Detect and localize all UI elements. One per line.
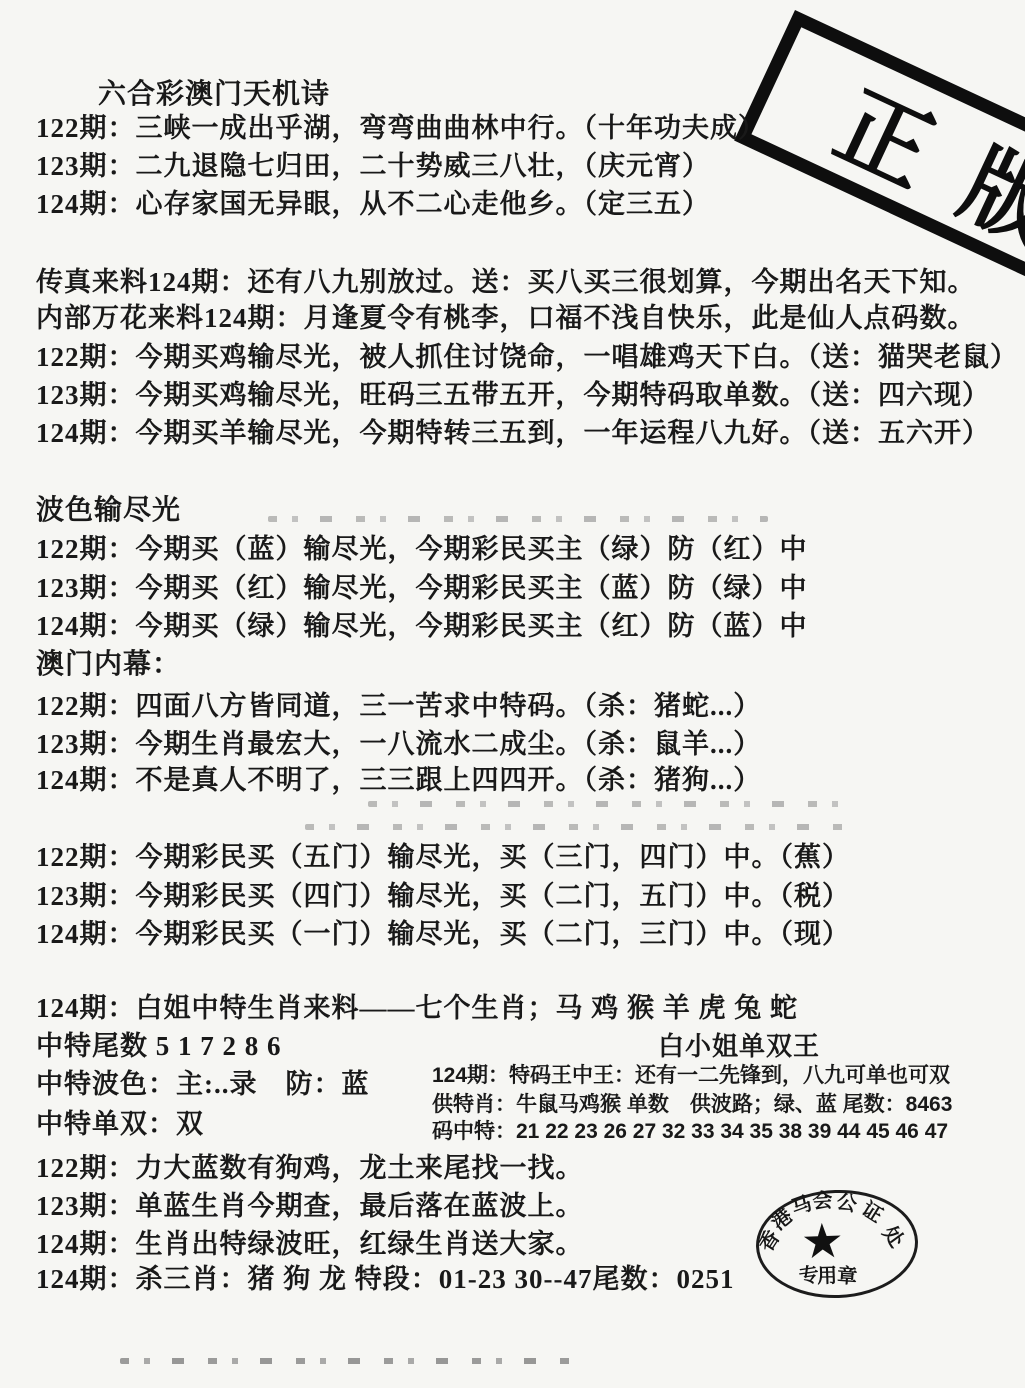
neimu-line-122: 122期：四面八方皆同道，三一苦求中特码。（杀：猪蛇...）: [36, 690, 761, 722]
seal-arc-char: 处: [879, 1223, 907, 1251]
lailiao-line-122: 122期：今期买鸡输尽光，被人抓住讨饶命，一唱雄鸡天下白。（送：猫哭老鼠）: [36, 341, 1018, 373]
tianji-line-123: 123期：二九退隐七归田，二十势威三八壮，（庆元宵）: [36, 150, 710, 182]
seal-arc-char: 公: [835, 1192, 859, 1216]
tianji-heading: 六合彩澳门天机诗: [98, 78, 330, 112]
tianji-line-124: 124期：心存家国无异眼，从不二心走他乡。（定三五）: [36, 188, 710, 220]
seal-arc-char: 会: [812, 1191, 833, 1212]
erased-text-smudge: [268, 516, 768, 522]
lailiao-line-chuanzhen: 传真来料124期：还有八九别放过。送：买八买三很划算，今期出名天下知。: [36, 266, 976, 298]
seal-bottom-char: 章: [836, 1266, 857, 1287]
notary-seal: ★ 香 港 马 会 公 证 处 专 用 章: [754, 1187, 920, 1301]
zhongte-weishu: 中特尾数 5 1 7 2 8 6: [36, 1030, 282, 1062]
lailiao-line-124: 124期：今期买羊输尽光，今期特转三五到，一年运程八九好。（送：五六开）: [36, 417, 990, 449]
baixiaojie-title: 白小姐单双王: [658, 1031, 820, 1062]
seal-star-icon: ★: [800, 1217, 845, 1266]
tema-wang-line: 124期：特码王中王：还有一二先锋到，八九可单也可双: [432, 1063, 950, 1088]
zhongte-bose: 中特波色：主:..录 防：蓝: [36, 1068, 370, 1100]
bose-line-123: 123期：今期买（红）输尽光，今期彩民买主（蓝）防（绿）中: [36, 572, 808, 604]
mazhongte-line: 码中特：21 22 23 26 27 32 33 34 35 38 39 44 …: [432, 1119, 948, 1144]
lailiao-line-123: 123期：今期买鸡输尽光，旺码三五带五开，今期特码取单数。（送：四六现）: [36, 379, 990, 411]
genuine-stamp-text: 正版: [791, 41, 1025, 290]
bose-line-122: 122期：今期买（蓝）输尽光，今期彩民买主（绿）防（红）中: [36, 533, 808, 565]
neimu-line-123: 123期：今期生肖最宏大，一八流水二成尘。（杀：鼠羊...）: [36, 728, 761, 760]
seal-arc-char: 证: [858, 1199, 886, 1227]
fax-sheet-page: 正版 六合彩澳门天机诗 122期：三峡一成出乎湖，弯弯曲曲林中行。（十年功夫成）…: [0, 0, 1025, 1388]
zhongte-danshuang: 中特单双：双: [36, 1108, 204, 1140]
gongtexiao-line: 供特肖：牛鼠马鸡猴 单数 供波路；绿、蓝 尾数：8463: [432, 1092, 952, 1117]
bose-heading: 波色输尽光: [36, 494, 181, 528]
tianji-line-122: 122期：三峡一成出乎湖，弯弯曲曲林中行。（十年功夫成）: [36, 112, 766, 144]
men-line-124: 124期：今期彩民买（一门）输尽光，买（二门，三门）中。（现）: [36, 918, 850, 950]
tail-line-123: 123期：单蓝生肖今期查，最后落在蓝波上。: [36, 1190, 584, 1222]
seal-bottom-char: 用: [817, 1266, 838, 1287]
tail-line-122: 122期：力大蓝数有狗鸡，龙土来尾找一找。: [36, 1152, 584, 1184]
bose-line-124: 124期：今期买（绿）输尽光，今期彩民买主（红）防（蓝）中: [36, 610, 808, 642]
tail-line-124b: 124期：杀三肖：猪 狗 龙 特段：01-23 30--47尾数：0251: [36, 1263, 734, 1295]
baijie-zodiac-line: 124期：白姐中特生肖来料——七个生肖；马 鸡 猴 羊 虎 兔 蛇: [36, 992, 798, 1024]
erased-text-smudge: [120, 1358, 575, 1364]
erased-text-smudge: [305, 824, 855, 830]
men-line-122: 122期：今期彩民买（五门）输尽光，买（三门，四门）中。（蕉）: [36, 841, 850, 873]
erased-text-smudge: [368, 801, 848, 807]
tail-line-124a: 124期：生肖出特绿波旺，红绿生肖送大家。: [36, 1228, 584, 1260]
lailiao-line-neibu: 内部万花来料124期：月逢夏令有桃李，口福不浅自快乐，此是仙人点码数。: [36, 302, 976, 334]
neimu-heading: 澳门内幕：: [36, 648, 181, 682]
men-line-123: 123期：今期彩民买（四门）输尽光，买（二门，五门）中。（税）: [36, 880, 850, 912]
neimu-line-124: 124期：不是真人不明了，三三跟上四四开。（杀：猪狗...）: [36, 764, 761, 796]
